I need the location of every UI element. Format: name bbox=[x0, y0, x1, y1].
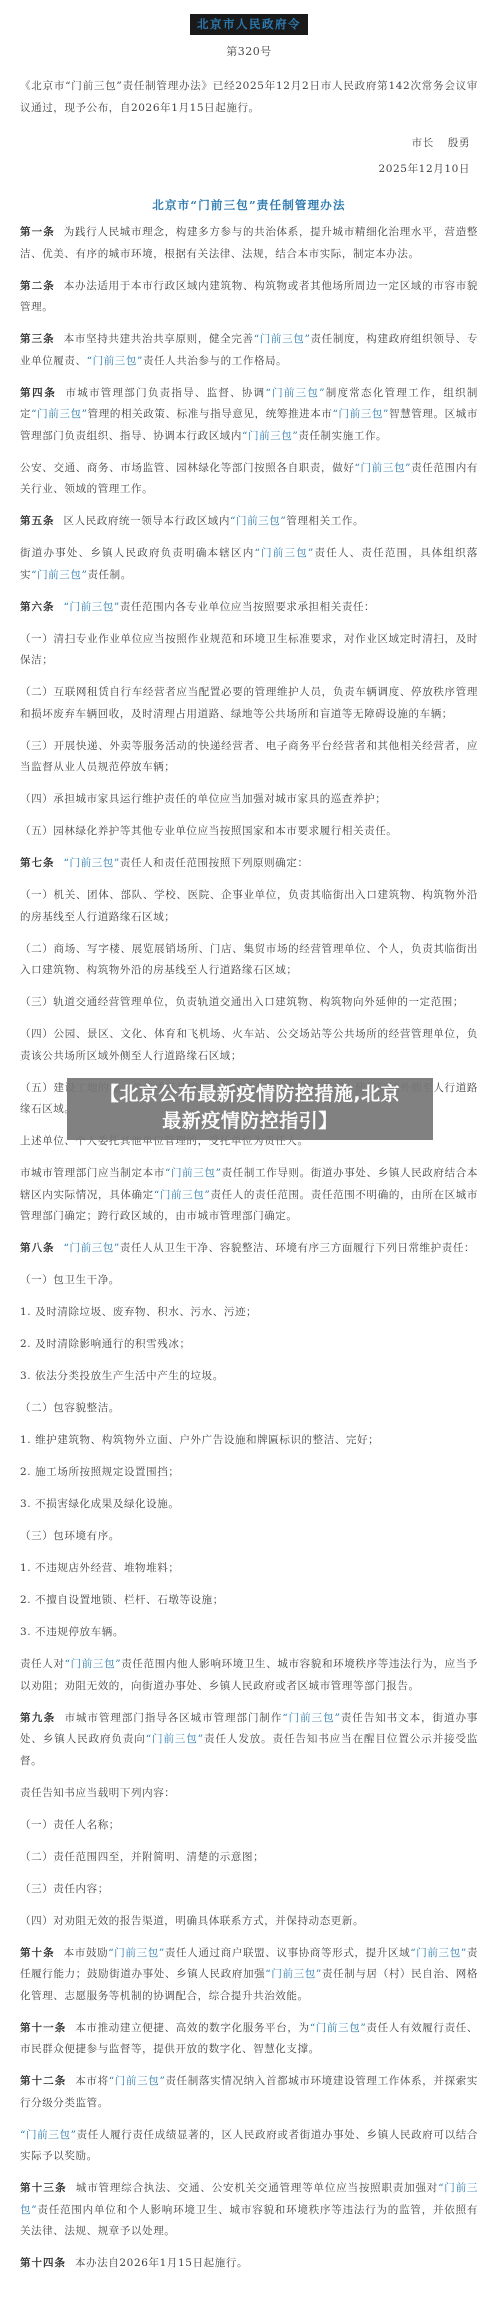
paragraph: 3. 不违规停放车辆。 bbox=[20, 1622, 478, 1644]
article-paragraph: 第九条市城市管理部门指导各区城市管理部门制作“门前三包”责任告知书文本，街道办事… bbox=[20, 1708, 478, 1773]
highlighted-phrase: “门前三包” bbox=[20, 2129, 77, 2141]
paragraph: （四）公园、景区、文化、体育和飞机场、火车站、公交场站等公共场所的经营管理单位，… bbox=[20, 1024, 478, 1067]
article-paragraph: 第十二条本市将“门前三包”责任制落实情况纳入首都城市环境建设管理工作体系，并探索… bbox=[20, 2071, 478, 2114]
paragraph: 市城市管理部门应当制定本市“门前三包”责任制工作导则。街道办事处、乡镇人民政府结… bbox=[20, 1163, 478, 1228]
article-number: 第十三条 bbox=[20, 2182, 67, 2194]
article-paragraph: 第十四条本办法自2026年1月15日起施行。 bbox=[20, 2253, 478, 2275]
issue-number: 第320号 bbox=[20, 43, 478, 59]
overlay-text: 【北京公布最新疫情防控措施,北京最新疫情防控指引】 bbox=[100, 1083, 400, 1132]
paragraph: （二）商场、写字楼、展览展销场所、门店、集贸市场的经营管理单位、个人，负责其临街… bbox=[20, 939, 478, 982]
signer-name: 殷勇 bbox=[448, 137, 470, 149]
paragraph: （一）包卫生干净。 bbox=[20, 1270, 478, 1292]
date-line: 2025年12月10日 bbox=[20, 161, 478, 176]
highlighted-phrase: “门前三包” bbox=[64, 1242, 120, 1254]
article-number: 第四条 bbox=[20, 387, 57, 399]
highlighted-phrase: “门前三包” bbox=[20, 2182, 478, 2216]
paragraph: （四）承担城市家具运行维护责任的单位应当加强对城市家具的巡查养护； bbox=[20, 789, 478, 811]
highlighted-phrase: “门前三包” bbox=[355, 462, 412, 474]
highlighted-phrase: “门前三包” bbox=[254, 333, 311, 345]
article-paragraph: 第二条本办法适用于本市行政区域内建筑物、构筑物或者其他场所周边一定区域的市容市貌… bbox=[20, 276, 478, 319]
paragraph: 责任告知书应当载明下列内容： bbox=[20, 1783, 478, 1805]
highlighted-phrase: “门前三包” bbox=[265, 1968, 322, 1980]
highlighted-phrase: “门前三包” bbox=[265, 387, 325, 399]
paragraph: 街道办事处、乡镇人民政府负责明确本辖区内“门前三包”责任人、责任范围，具体组织落… bbox=[20, 543, 478, 586]
paragraph: （二）包容貌整洁。 bbox=[20, 1398, 478, 1420]
paragraph: 2. 不擅自设置地锁、栏杆、石墩等设施； bbox=[20, 1590, 478, 1612]
article-paragraph: 第四条市城市管理部门负责指导、监督、协调“门前三包”制度常态化管理工作，组织制定… bbox=[20, 383, 478, 448]
article-number: 第五条 bbox=[20, 515, 55, 527]
paragraph: 2. 及时清除影响通行的积雪残冰； bbox=[20, 1334, 478, 1356]
paragraph: 1. 不违规店外经营、堆物堆料； bbox=[20, 1558, 478, 1580]
paragraph: 3. 不损害绿化成果及绿化设施。 bbox=[20, 1494, 478, 1516]
article-paragraph: 第五条区人民政府统一领导本行政区域内“门前三包”管理相关工作。 bbox=[20, 511, 478, 533]
paragraph: “门前三包”责任人履行责任成绩显著的，区人民政府或者街道办事处、乡镇人民政府可以… bbox=[20, 2125, 478, 2168]
highlighted-phrase: “门前三包” bbox=[282, 1712, 340, 1724]
article-paragraph: 第十条本市鼓励“门前三包”责任人通过商户联盟、议事协商等形式，提升区域“门前三包… bbox=[20, 1943, 478, 2008]
highlighted-phrase: “门前三包” bbox=[146, 1733, 204, 1745]
paragraph: （二）互联网租赁自行车经营者应当配置必要的管理维护人员，负责车辆调度、停放秩序管… bbox=[20, 682, 478, 725]
paragraph: 公安、交通、商务、市场监管、园林绿化等部门按照各自职责，做好“门前三包”责任范围… bbox=[20, 458, 478, 501]
article-number: 第九条 bbox=[20, 1712, 56, 1724]
paragraph: （五）园林绿化养护等其他专业单位应当按照国家和本市要求履行相关责任。 bbox=[20, 821, 478, 843]
article-number: 第一条 bbox=[20, 226, 55, 238]
highlighted-phrase: “门前三包” bbox=[165, 1167, 222, 1179]
signer-title: 市长 bbox=[412, 137, 434, 149]
document-body: 第一条为践行人民城市理念，构建多方参与的共治体系，提升城市精细化治理水平，营造整… bbox=[20, 222, 478, 2275]
highlighted-phrase: “门前三包” bbox=[87, 355, 143, 367]
article-paragraph: 第六条“门前三包”责任范围内各专业单位应当按照要求承担相关责任： bbox=[20, 597, 478, 619]
highlighted-phrase: “门前三包” bbox=[242, 430, 298, 442]
article-number: 第十四条 bbox=[20, 2257, 66, 2269]
document-page: 北京市人民政府令 第320号 《北京市“门前三包”责任制管理办法》已经2025年… bbox=[0, 0, 500, 2309]
paragraph: （一）机关、团体、部队、学校、医院、企事业单位，负责其临街出入口建筑物、构筑物外… bbox=[20, 885, 478, 928]
paragraph: 2. 施工场所按照规定设置围挡； bbox=[20, 1462, 478, 1484]
paragraph: （三）包环境有序。 bbox=[20, 1526, 478, 1548]
paragraph: 1. 及时清除垃圾、废弃物、积水、污水、污迹； bbox=[20, 1302, 478, 1324]
gov-order-badge: 北京市人民政府令 bbox=[190, 14, 308, 35]
highlighted-phrase: “门前三包” bbox=[230, 515, 286, 527]
signature-line: 市长殷勇 bbox=[20, 135, 478, 150]
paragraph: （一）责任人名称； bbox=[20, 1815, 478, 1837]
paragraph: 1. 维护建筑物、构筑物外立面、户外广告设施和牌匾标识的整洁、完好； bbox=[20, 1430, 478, 1452]
highlighted-phrase: “门前三包” bbox=[31, 408, 87, 420]
highlighted-phrase: “门前三包” bbox=[332, 408, 388, 420]
highlighted-phrase: “门前三包” bbox=[310, 2022, 367, 2034]
article-number: 第六条 bbox=[20, 601, 55, 613]
article-paragraph: 第一条为践行人民城市理念，构建多方参与的共治体系，提升城市精细化治理水平，营造整… bbox=[20, 222, 478, 265]
article-number: 第十一条 bbox=[20, 2022, 66, 2034]
paragraph: （二）责任范围四至，并附简明、清楚的示意图； bbox=[20, 1847, 478, 1869]
article-number: 第三条 bbox=[20, 333, 55, 345]
article-number: 第十条 bbox=[20, 1947, 55, 1959]
highlighted-phrase: “门前三包” bbox=[108, 1947, 165, 1959]
highlighted-phrase: “门前三包” bbox=[254, 547, 313, 559]
article-number: 第八条 bbox=[20, 1242, 55, 1254]
article-paragraph: 第十三条城市管理综合执法、交通、公安机关交通管理等单位应当按照职责加强对“门前三… bbox=[20, 2178, 478, 2243]
paragraph: （三）轨道交通经营管理单位，负责轨道交通出入口建筑物、构筑物向外延伸的一定范围； bbox=[20, 992, 478, 1014]
document-title: 北京市“门前三包”责任制管理办法 bbox=[20, 197, 478, 213]
article-paragraph: 第八条“门前三包”责任人从卫生干净、容貌整洁、环境有序三方面履行下列日常维护责任… bbox=[20, 1238, 478, 1260]
highlighted-phrase: “门前三包” bbox=[109, 2075, 166, 2087]
article-paragraph: 第三条本市坚持共建共治共享原则，健全完善“门前三包”责任制度，构建政府组织领导、… bbox=[20, 329, 478, 372]
highlighted-phrase: “门前三包” bbox=[154, 1189, 211, 1201]
article-number: 第七条 bbox=[20, 857, 55, 869]
highlighted-phrase: “门前三包” bbox=[64, 857, 120, 869]
article-number: 第十二条 bbox=[20, 2075, 66, 2087]
intro-paragraph: 《北京市“门前三包”责任制管理办法》已经2025年12月2日市人民政府第142次… bbox=[20, 76, 478, 119]
article-paragraph: 第十一条本市推动建立便捷、高效的数字化服务平台，为“门前三包”责任人有效履行责任… bbox=[20, 2018, 478, 2061]
article-paragraph: 第七条“门前三包”责任人和责任范围按照下列原则确定： bbox=[20, 853, 478, 875]
highlighted-phrase: “门前三包” bbox=[31, 569, 87, 581]
paragraph: 3. 依法分类投放生产生活中产生的垃圾。 bbox=[20, 1366, 478, 1388]
badge-row: 北京市人民政府令 bbox=[20, 13, 478, 35]
paragraph: （三）开展快递、外卖等服务活动的快递经营者、电子商务平台经营者和其他相关经营者，… bbox=[20, 736, 478, 779]
overlay-banner: 【北京公布最新疫情防控措施,北京最新疫情防控指引】 bbox=[67, 1078, 433, 1140]
paragraph: （一）清扫专业作业单位应当按照作业规范和环境卫生标准要求，对作业区域定时清扫，及… bbox=[20, 629, 478, 672]
paragraph: （四）对劝阻无效的报告渠道，明确具体联系方式，并保持动态更新。 bbox=[20, 1911, 478, 1933]
highlighted-phrase: “门前三包” bbox=[410, 1947, 467, 1959]
paragraph: 责任人对“门前三包”责任范围内他人影响环境卫生、城市容貌和环境秩序等违法行为，应… bbox=[20, 1654, 478, 1697]
highlighted-phrase: “门前三包” bbox=[64, 601, 120, 613]
article-number: 第二条 bbox=[20, 280, 55, 292]
paragraph: （三）责任内容； bbox=[20, 1879, 478, 1901]
highlighted-phrase: “门前三包” bbox=[65, 1658, 122, 1670]
